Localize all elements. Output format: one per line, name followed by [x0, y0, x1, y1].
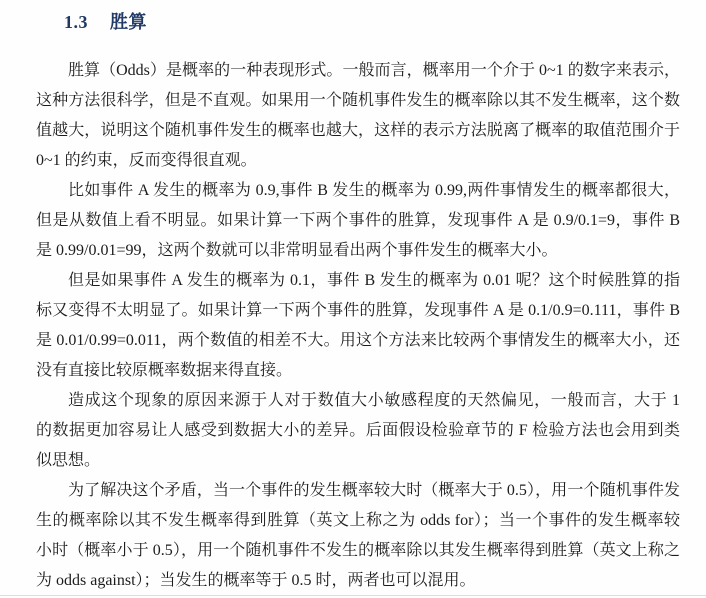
section-title: 胜算 [110, 12, 147, 32]
document-body: 胜算（Odds）是概率的一种表现形式。一般而言，概率用一个介于 0~1 的数字来… [36, 56, 680, 596]
text-line: 没有直接比较原概率数据来得直接。 [36, 356, 680, 386]
text-line: 为 odds against）；当发生的概率等于 0.5 时，两者也可以混用。 [36, 566, 680, 596]
document-page: 1.3 胜算 胜算（Odds）是概率的一种表现形式。一般而言，概率用一个介于 0… [0, 0, 706, 598]
text-line: 为了解决这个矛盾，当一个事件的发生概率较大时（概率大于 0.5），用一个随机事件… [36, 476, 680, 506]
text-line: 的数据更加容易让人感受到数据大小的差异。后面假设检验章节的 F 检验方法也会用到… [36, 416, 680, 446]
text-line: 标又变得不太明显了。如果计算一下两个事件的胜算，发现事件 A 是 0.1/0.9… [36, 296, 680, 326]
text-line: 小时（概率小于 0.5），用一个随机事件不发生的概率除以其发生概率得到胜算（英文… [36, 536, 680, 566]
text-line: 0~1 的约束，反而变得很直观。 [36, 146, 680, 176]
text-line: 值越大，说明这个随机事件发生的概率也越大，这样的表示方法脱离了概率的取值范围介于 [36, 116, 680, 146]
text-line: 胜算（Odds）是概率的一种表现形式。一般而言，概率用一个介于 0~1 的数字来… [36, 56, 680, 86]
text-line: 似思想。 [36, 446, 680, 476]
text-line: 是 0.99/0.01=99，这两个数就可以非常明显看出两个事件发生的概率大小。 [36, 236, 680, 266]
section-number: 1.3 [64, 12, 88, 32]
page-bottom-edge [0, 595, 706, 596]
text-line: 造成这个现象的原因来源于人对于数值大小敏感程度的天然偏见，一般而言，大于 1 [36, 386, 680, 416]
text-line: 比如事件 A 发生的概率为 0.9,事件 B 发生的概率为 0.99,两件事情发… [36, 176, 680, 206]
text-line: 这种方法很科学，但是不直观。如果用一个随机事件发生的概率除以其不发生概率，这个数 [36, 86, 680, 116]
text-line: 是 0.01/0.99=0.011，两个数值的相差不大。用这个方法来比较两个事情… [36, 326, 680, 356]
text-line: 生的概率除以其不发生概率得到胜算（英文上称之为 odds for）；当一个事件的… [36, 506, 680, 536]
text-line: 但是如果事件 A 发生的概率为 0.1，事件 B 发生的概率为 0.01 呢？这… [36, 266, 680, 296]
text-line: 但是从数值上看不明显。如果计算一下两个事件的胜算，发现事件 A 是 0.9/0.… [36, 206, 680, 236]
section-heading: 1.3 胜算 [64, 8, 147, 34]
